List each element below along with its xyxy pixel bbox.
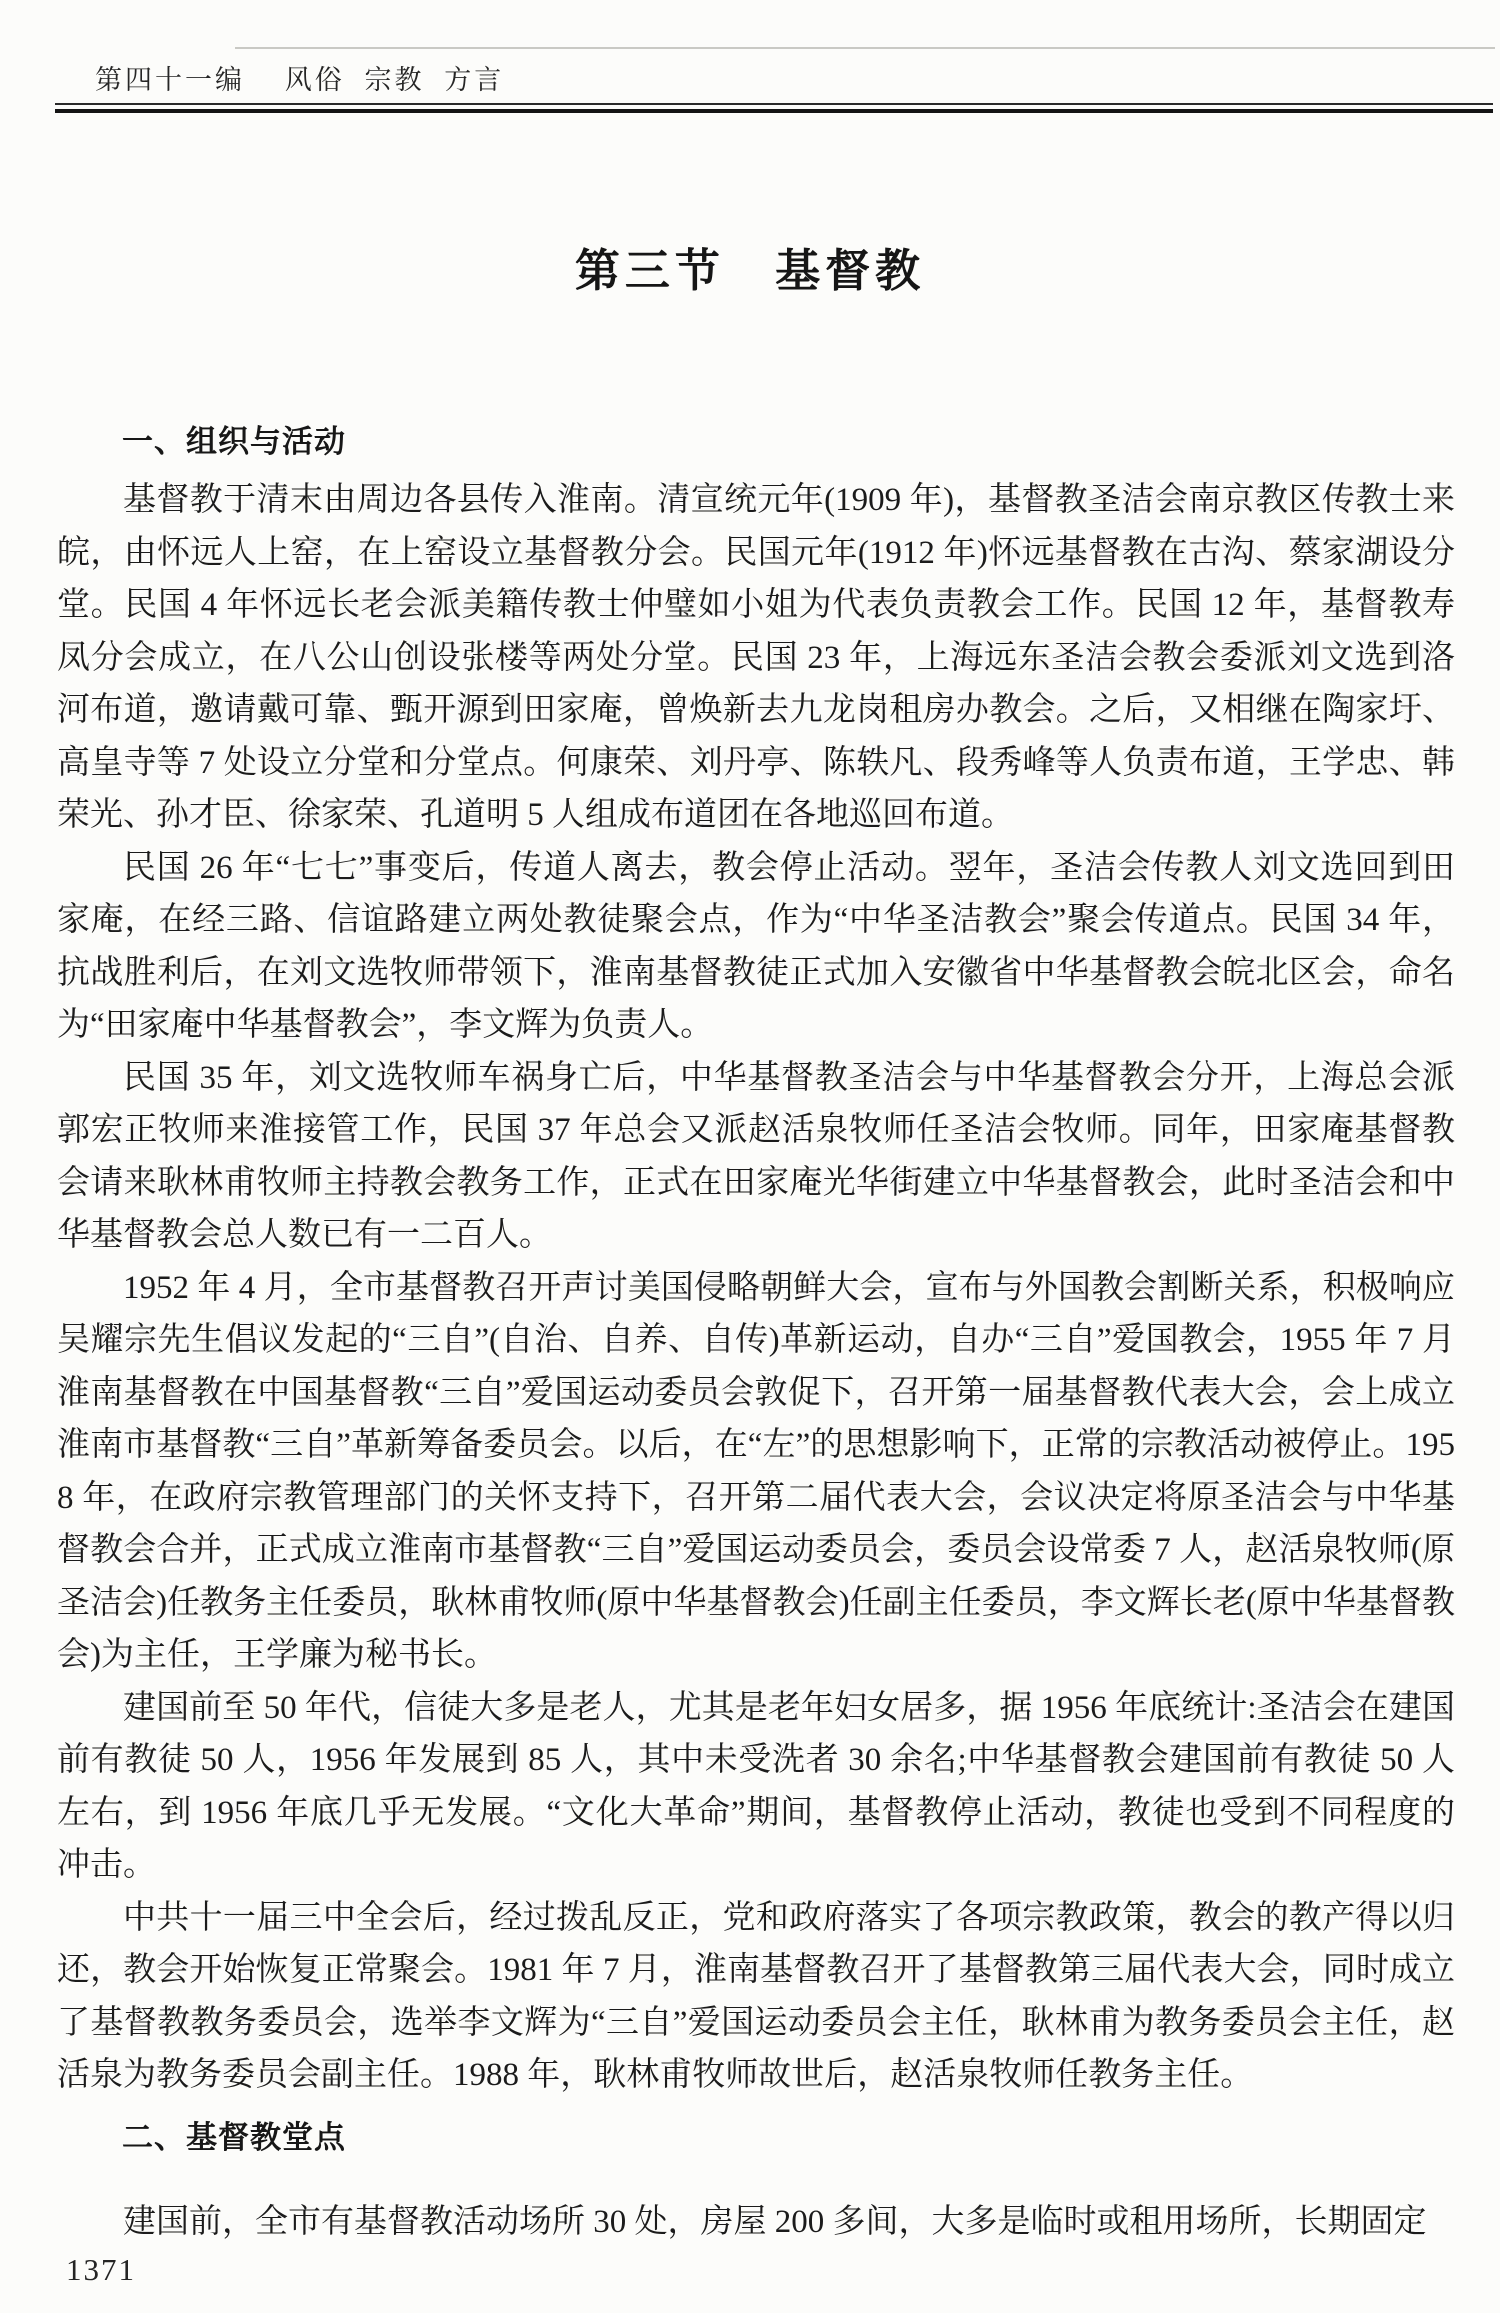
paragraph: 建国前至 50 年代，信徒大多是老人，尤其是老年妇女居多，据 1956 年底统计…: [57, 1682, 1455, 1892]
header-double-rule: [55, 103, 1493, 113]
subsection-1-body: 基督教于清末由周边各县传入淮南。清宣统元年(1909 年)，基督教圣洁会南京教区…: [0, 474, 1500, 2102]
page-title: 第三节 基督教: [0, 248, 1500, 294]
running-head: 第四十一编 风俗 宗教 方言: [95, 58, 504, 97]
page-number: 1371: [66, 2252, 1500, 2288]
book-page: 第四十一编 风俗 宗教 方言 第三节 基督教 一、组织与活动 基督教于清末由周边…: [0, 0, 1500, 2313]
section-number: 第三节: [575, 246, 725, 296]
page-content: 第三节 基督教 一、组织与活动 基督教于清末由周边各县传入淮南。清宣统元年(19…: [0, 248, 1500, 2288]
paragraph: 基督教于清末由周边各县传入淮南。清宣统元年(1909 年)，基督教圣洁会南京教区…: [57, 474, 1455, 842]
running-head-volume: 第四十一编: [95, 65, 245, 95]
paragraph: 民国 26 年“七七”事变后，传道人离去，教会停止活动。翌年，圣洁会传教人刘文选…: [57, 842, 1455, 1052]
paragraph: 建国前，全市有基督教活动场所 30 处，房屋 200 多间，大多是临时或租用场所…: [57, 2196, 1455, 2249]
running-head-subject: 风俗 宗教 方言: [285, 65, 505, 95]
subsection-heading-1: 一、组织与活动: [122, 422, 1500, 462]
subsection-heading-2: 二、基督教堂点: [122, 2118, 1500, 2158]
paragraph: 中共十一届三中全会后，经过拨乱反正，党和政府落实了各项宗教政策，教会的教产得以归…: [57, 1892, 1455, 2102]
paragraph: 1952 年 4 月，全市基督教召开声讨美国侵略朝鲜大会，宣布与外国教会割断关系…: [57, 1262, 1455, 1682]
paragraph: 民国 35 年，刘文选牧师车祸身亡后，中华基督教圣洁会与中华基督教会分开，上海总…: [57, 1052, 1455, 1262]
subsection-2-body: 建国前，全市有基督教活动场所 30 处，房屋 200 多间，大多是临时或租用场所…: [0, 2196, 1500, 2249]
section-name: 基督教: [775, 246, 925, 296]
scan-artifact-line: [235, 47, 1495, 49]
